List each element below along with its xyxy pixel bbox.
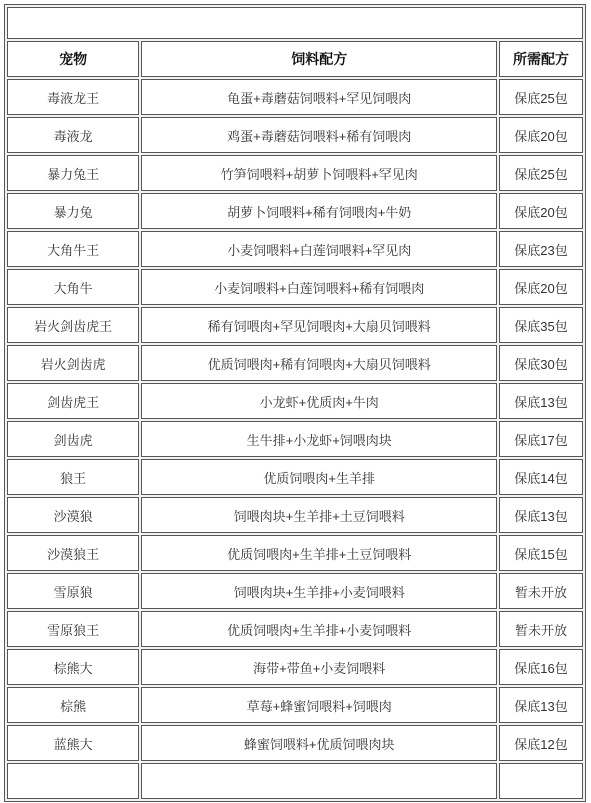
- pet-cell: 雪原狼: [7, 573, 139, 609]
- packs-cell: 保底13包: [499, 383, 583, 419]
- empty-cell: [141, 763, 497, 799]
- recipe-cell: 胡萝卜饲喂料+稀有饲喂肉+牛奶: [141, 193, 497, 229]
- recipe-cell: 草莓+蜂蜜饲喂料+饲喂肉: [141, 687, 497, 723]
- recipe-cell: 小麦饲喂料+白莲饲喂料+罕见肉: [141, 231, 497, 267]
- pet-cell: 岩火剑齿虎: [7, 345, 139, 381]
- table-row: 棕熊大海带+带鱼+小麦饲喂料保底16包: [7, 649, 583, 685]
- table-row-partial: [7, 763, 583, 799]
- column-header-packs: 所需配方: [499, 41, 583, 77]
- recipe-cell: 优质饲喂肉+生羊排+土豆饲喂料: [141, 535, 497, 571]
- page-title: 宠物饲料大全: [7, 7, 583, 39]
- packs-cell: 保底14包: [499, 459, 583, 495]
- recipe-cell: 稀有饲喂肉+罕见饲喂肉+大扇贝饲喂料: [141, 307, 497, 343]
- table-row: 岩火剑齿虎王稀有饲喂肉+罕见饲喂肉+大扇贝饲喂料保底35包: [7, 307, 583, 343]
- pet-cell: 毒液龙: [7, 117, 139, 153]
- pet-cell: 棕熊大: [7, 649, 139, 685]
- table-row: 蓝熊大蜂蜜饲喂料+优质饲喂肉块保底12包: [7, 725, 583, 761]
- pet-cell: 棕熊: [7, 687, 139, 723]
- pet-cell: 沙漠狼: [7, 497, 139, 533]
- packs-cell: 暂未开放: [499, 573, 583, 609]
- pet-cell: 蓝熊大: [7, 725, 139, 761]
- table-row: 雪原狼王优质饲喂肉+生羊排+小麦饲喂料暂未开放: [7, 611, 583, 647]
- pet-cell: 暴力兔: [7, 193, 139, 229]
- recipe-cell: 海带+带鱼+小麦饲喂料: [141, 649, 497, 685]
- pet-cell: 雪原狼王: [7, 611, 139, 647]
- packs-cell: 保底16包: [499, 649, 583, 685]
- packs-cell: 保底12包: [499, 725, 583, 761]
- column-header-recipe: 饲料配方: [141, 41, 497, 77]
- packs-cell: 保底20包: [499, 269, 583, 305]
- packs-cell: 保底13包: [499, 497, 583, 533]
- packs-cell: 保底25包: [499, 155, 583, 191]
- pet-cell: 毒液龙王: [7, 79, 139, 115]
- recipe-cell: 饲喂肉块+生羊排+土豆饲喂料: [141, 497, 497, 533]
- table-row: 岩火剑齿虎优质饲喂肉+稀有饲喂肉+大扇贝饲喂料保底30包: [7, 345, 583, 381]
- pet-cell: 大角牛: [7, 269, 139, 305]
- packs-cell: 暂未开放: [499, 611, 583, 647]
- recipe-cell: 小麦饲喂料+白莲饲喂料+稀有饲喂肉: [141, 269, 497, 305]
- packs-cell: 保底30包: [499, 345, 583, 381]
- table-row: 雪原狼饲喂肉块+生羊排+小麦饲喂料暂未开放: [7, 573, 583, 609]
- recipe-cell: 优质饲喂肉+生羊排: [141, 459, 497, 495]
- packs-cell: 保底15包: [499, 535, 583, 571]
- table-row: 剑齿虎王小龙虾+优质肉+牛肉保底13包: [7, 383, 583, 419]
- recipe-cell: 鸡蛋+毒蘑菇饲喂料+稀有饲喂肉: [141, 117, 497, 153]
- pet-cell: 剑齿虎王: [7, 383, 139, 419]
- recipe-cell: 生牛排+小龙虾+饲喂肉块: [141, 421, 497, 457]
- empty-cell: [499, 763, 583, 799]
- column-header-pet: 宠物: [7, 41, 139, 77]
- table-row: 沙漠狼王优质饲喂肉+生羊排+土豆饲喂料保底15包: [7, 535, 583, 571]
- table-row: 沙漠狼饲喂肉块+生羊排+土豆饲喂料保底13包: [7, 497, 583, 533]
- recipe-cell: 竹笋饲喂料+胡萝卜饲喂料+罕见肉: [141, 155, 497, 191]
- packs-cell: 保底20包: [499, 193, 583, 229]
- recipe-cell: 优质饲喂肉+稀有饲喂肉+大扇贝饲喂料: [141, 345, 497, 381]
- table-row: 大角牛小麦饲喂料+白莲饲喂料+稀有饲喂肉保底20包: [7, 269, 583, 305]
- empty-cell: [7, 763, 139, 799]
- table-row: 狼王优质饲喂肉+生羊排保底14包: [7, 459, 583, 495]
- pet-feed-table: 宠物饲料大全 宠物 饲料配方 所需配方 毒液龙王龟蛋+毒蘑菇饲喂料+罕见饲喂肉保…: [4, 4, 586, 802]
- packs-cell: 保底20包: [499, 117, 583, 153]
- pet-cell: 暴力兔王: [7, 155, 139, 191]
- pet-cell: 大角牛王: [7, 231, 139, 267]
- table-row: 剑齿虎生牛排+小龙虾+饲喂肉块保底17包: [7, 421, 583, 457]
- packs-cell: 保底13包: [499, 687, 583, 723]
- table-row: 毒液龙鸡蛋+毒蘑菇饲喂料+稀有饲喂肉保底20包: [7, 117, 583, 153]
- pet-cell: 沙漠狼王: [7, 535, 139, 571]
- pet-cell: 狼王: [7, 459, 139, 495]
- packs-cell: 保底23包: [499, 231, 583, 267]
- table-header-row: 宠物 饲料配方 所需配方: [7, 41, 583, 77]
- table-title-row: 宠物饲料大全: [7, 7, 583, 39]
- packs-cell: 保底25包: [499, 79, 583, 115]
- packs-cell: 保底35包: [499, 307, 583, 343]
- recipe-cell: 饲喂肉块+生羊排+小麦饲喂料: [141, 573, 497, 609]
- table-body: 毒液龙王龟蛋+毒蘑菇饲喂料+罕见饲喂肉保底25包毒液龙鸡蛋+毒蘑菇饲喂料+稀有饲…: [7, 79, 583, 799]
- packs-cell: 保底17包: [499, 421, 583, 457]
- table-row: 毒液龙王龟蛋+毒蘑菇饲喂料+罕见饲喂肉保底25包: [7, 79, 583, 115]
- table-row: 暴力兔胡萝卜饲喂料+稀有饲喂肉+牛奶保底20包: [7, 193, 583, 229]
- table-row: 暴力兔王竹笋饲喂料+胡萝卜饲喂料+罕见肉保底25包: [7, 155, 583, 191]
- page: 宠物饲料大全 宠物 饲料配方 所需配方 毒液龙王龟蛋+毒蘑菇饲喂料+罕见饲喂肉保…: [0, 0, 591, 802]
- table-row: 棕熊草莓+蜂蜜饲喂料+饲喂肉保底13包: [7, 687, 583, 723]
- pet-cell: 岩火剑齿虎王: [7, 307, 139, 343]
- table-row: 大角牛王小麦饲喂料+白莲饲喂料+罕见肉保底23包: [7, 231, 583, 267]
- recipe-cell: 蜂蜜饲喂料+优质饲喂肉块: [141, 725, 497, 761]
- recipe-cell: 龟蛋+毒蘑菇饲喂料+罕见饲喂肉: [141, 79, 497, 115]
- recipe-cell: 优质饲喂肉+生羊排+小麦饲喂料: [141, 611, 497, 647]
- pet-cell: 剑齿虎: [7, 421, 139, 457]
- recipe-cell: 小龙虾+优质肉+牛肉: [141, 383, 497, 419]
